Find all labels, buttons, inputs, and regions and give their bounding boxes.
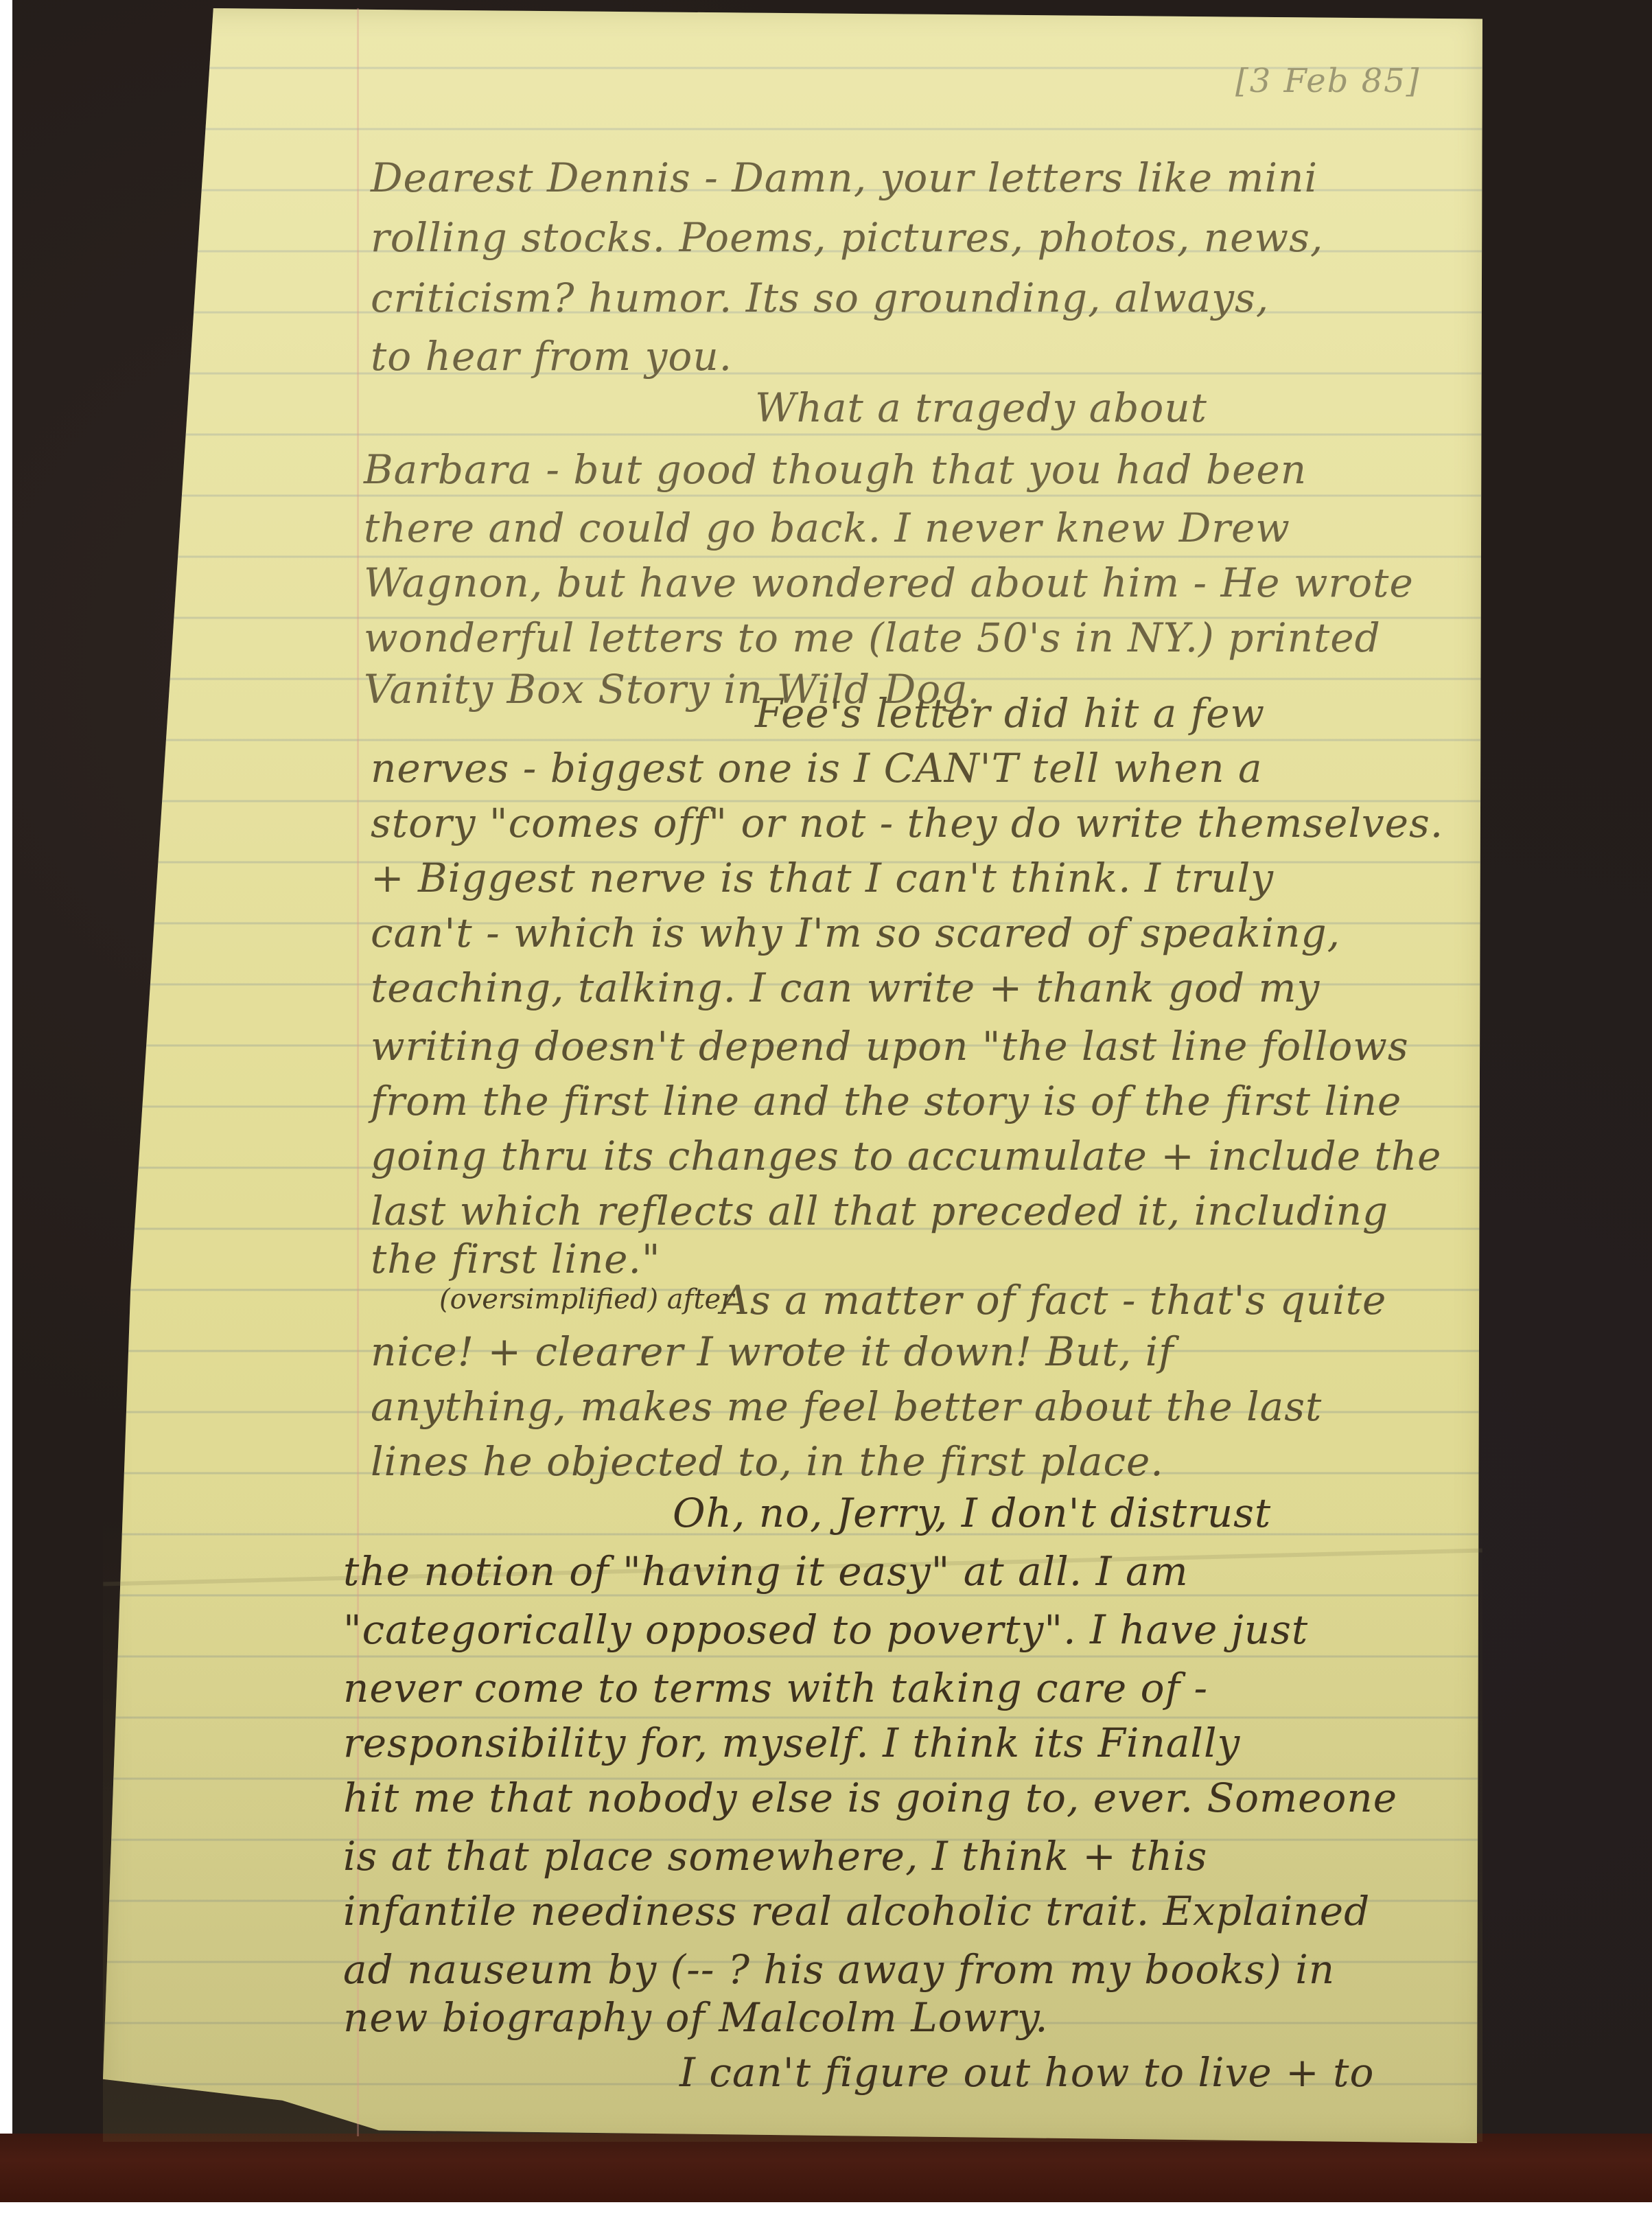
letter-line-2: rolling stocks. Poems, pictures, photos,… xyxy=(371,214,1323,261)
letter-line-24: anything, makes me feel better about the… xyxy=(371,1383,1322,1430)
letter-line-1: Dearest Dennis - Damn, your letters like… xyxy=(371,154,1318,201)
interlinear-insert: (oversimplified) after xyxy=(439,1284,734,1315)
letter-line-7: there and could go back. I never knew Dr… xyxy=(364,505,1290,551)
letter-line-8: Wagnon, but have wondered about him - He… xyxy=(364,559,1414,606)
letter-line-30: responsibility for, myself. I think its … xyxy=(343,1720,1240,1766)
letter-line-12: nerves - biggest one is I CAN'T tell whe… xyxy=(371,745,1263,792)
letter-line-17: writing doesn't depend upon "the last li… xyxy=(371,1023,1409,1070)
letter-line-11: Fee's letter did hit a few xyxy=(755,690,1265,737)
archival-date-note: [3 Feb 85] xyxy=(1235,62,1420,100)
letter-line-16: teaching, talking. I can write + thank g… xyxy=(371,964,1320,1011)
legal-paper-sheet xyxy=(103,8,1482,2143)
letter-line-26: Oh, no, Jerry, I don't distrust xyxy=(673,1490,1271,1536)
letter-line-25: lines he objected to, in the first place… xyxy=(371,1438,1164,1485)
letter-line-35: new biography of Malcolm Lowry. xyxy=(343,1994,1049,2041)
letter-line-31: hit me that nobody else is going to, eve… xyxy=(343,1775,1397,1821)
letter-line-32: is at that place somewhere, I think + th… xyxy=(343,1833,1207,1880)
letter-line-5: What a tragedy about xyxy=(755,384,1207,431)
insert-text: (oversimplified) after xyxy=(439,1284,734,1315)
letter-line-23: nice! + clearer I wrote it down! But, if xyxy=(371,1328,1174,1375)
letter-line-21: the first line." xyxy=(371,1236,661,1282)
wood-table-edge xyxy=(0,2134,1652,2202)
letter-line-27: the notion of "having it easy" at all. I… xyxy=(343,1548,1189,1595)
letter-line-20: last which reflects all that preceded it… xyxy=(371,1188,1388,1234)
bottom-white-strip xyxy=(0,2202,1652,2218)
letter-line-18: from the first line and the story is of … xyxy=(371,1078,1401,1124)
letter-line-29: never come to terms with taking care of … xyxy=(343,1665,1208,1711)
letter-line-36: I can't figure out how to live + to xyxy=(679,2049,1374,2096)
letter-line-6: Barbara - but good though that you had b… xyxy=(364,446,1307,493)
letter-line-15: can't - which is why I'm so scared of sp… xyxy=(371,910,1340,956)
letter-line-4: to hear from you. xyxy=(371,333,732,380)
letter-line-19: going thru its changes to accumulate + i… xyxy=(371,1133,1442,1179)
letter-line-14: + Biggest nerve is that I can't think. I… xyxy=(371,855,1274,901)
letter-line-28: "categorically opposed to poverty". I ha… xyxy=(343,1606,1308,1653)
letter-line-13: story "comes off" or not - they do write… xyxy=(371,800,1443,846)
letter-line-3: criticism? humor. Its so grounding, alwa… xyxy=(371,275,1269,321)
letter-line-34: ad nauseum by (-- ? his away from my boo… xyxy=(343,1946,1335,1993)
letter-line-33: infantile neediness real alcoholic trait… xyxy=(343,1888,1370,1934)
letter-line-22: As a matter of fact - that's quite xyxy=(721,1277,1386,1324)
letter-line-9: wonderful letters to me (late 50's in NY… xyxy=(364,614,1381,661)
